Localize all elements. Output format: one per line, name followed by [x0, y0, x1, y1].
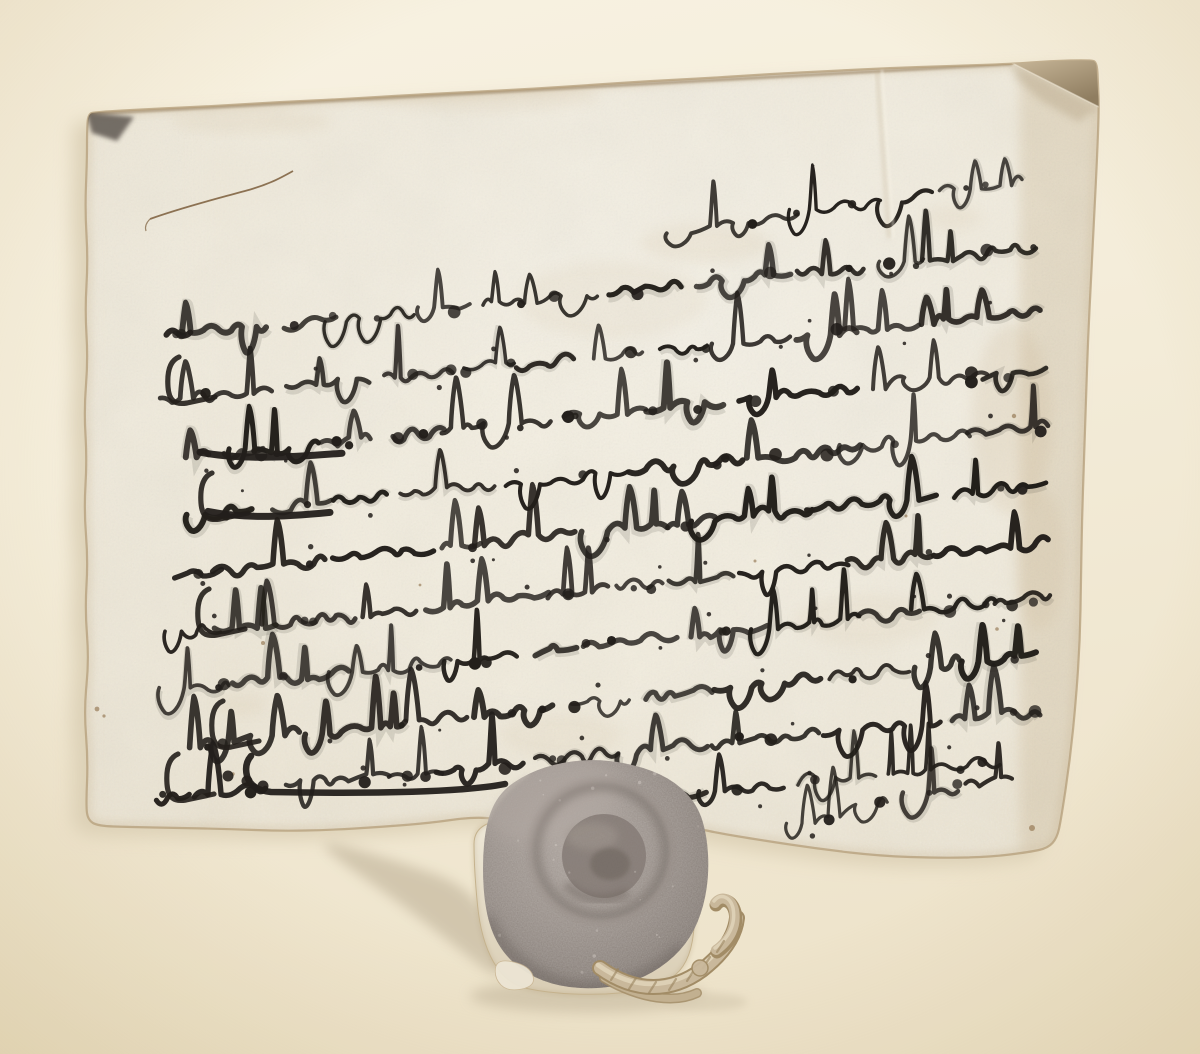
ink-blob — [793, 210, 800, 217]
diacritic-dot — [810, 833, 815, 838]
ink-blob — [499, 762, 512, 775]
ink-blob — [625, 346, 637, 358]
diacritic-dot — [808, 319, 812, 323]
seal-speckle — [656, 934, 658, 936]
ink-blob — [982, 601, 990, 609]
ink-blob — [468, 543, 477, 552]
ink-blob — [564, 591, 572, 599]
ink-blob — [607, 636, 616, 645]
seal-speckle — [552, 859, 554, 861]
ink-blob — [693, 405, 702, 414]
ink-blob — [1029, 598, 1038, 607]
diacritic-dot — [514, 468, 519, 473]
diacritic-dot — [926, 653, 931, 658]
ink-blob — [848, 200, 856, 208]
diacritic-dot — [659, 646, 663, 650]
diacritic-dot — [437, 385, 442, 390]
ink-blob — [824, 814, 835, 825]
ink-blob — [420, 771, 431, 782]
seal-speckle — [517, 840, 519, 842]
diacritic-dot — [580, 736, 585, 741]
ink-blob — [1035, 426, 1047, 438]
diacritic-dot — [807, 771, 812, 776]
ink-blob — [926, 549, 933, 556]
seal-speckle — [658, 936, 660, 938]
diacritic-dot — [525, 585, 530, 590]
diacritic-dot — [807, 554, 810, 557]
freckle — [419, 584, 422, 587]
ink-blob — [731, 784, 742, 795]
diacritic-dot — [438, 729, 441, 732]
diacritic-dot — [327, 739, 332, 744]
ink-blob — [506, 358, 515, 367]
seal-speckle — [498, 934, 501, 937]
ink-blob — [1006, 600, 1018, 612]
ink-blob — [309, 617, 317, 625]
ink-blob — [258, 781, 269, 792]
ink-blob — [215, 684, 222, 691]
diacritic-dot — [241, 489, 244, 492]
diacritic-dot — [314, 367, 318, 371]
ink-blob — [568, 701, 580, 713]
ink-blob — [279, 672, 288, 681]
diacritic-dot — [212, 614, 217, 619]
ink-blob — [460, 367, 471, 378]
ink-blob — [721, 454, 730, 463]
seal-speckle — [581, 971, 584, 974]
freckle — [1029, 825, 1035, 831]
diacritic-dot — [988, 301, 992, 305]
freckle — [102, 714, 105, 717]
ink-blob — [159, 791, 166, 798]
ink-blob — [374, 315, 380, 321]
ink-blob — [176, 329, 186, 339]
ink-blob — [646, 584, 656, 594]
ink-blob — [943, 605, 956, 618]
ink-blob — [764, 267, 777, 280]
diacritic-dot — [595, 683, 600, 688]
ink-blob — [445, 364, 456, 375]
ink-blob — [548, 290, 559, 301]
ink-bleed — [536, 647, 577, 657]
ink-blob — [631, 585, 637, 591]
diacritic-dot — [604, 537, 610, 543]
diacritic-dot — [974, 705, 979, 710]
ink-blob — [883, 257, 895, 269]
ink-blob — [977, 757, 987, 767]
seal-speckle — [596, 929, 599, 932]
diacritic-dot — [403, 783, 407, 787]
ink-blob — [481, 657, 492, 668]
freckle — [995, 627, 999, 631]
ink-blob — [1030, 244, 1036, 250]
ink-blob — [476, 419, 487, 430]
manuscript-photo — [0, 0, 1200, 1054]
ink-blob — [223, 771, 234, 782]
ink-blob — [680, 521, 690, 531]
ink-blob — [517, 300, 525, 308]
diacritic-dot — [308, 544, 313, 549]
diacritic-dot — [760, 668, 764, 672]
ink-blob — [306, 560, 314, 568]
diacritic-dot — [758, 804, 762, 808]
ink-blob — [913, 263, 919, 269]
diacritic-dot — [491, 346, 496, 351]
diacritic-dot — [889, 272, 893, 276]
ink-blob — [747, 219, 757, 229]
ink-blob — [419, 429, 429, 439]
seal-speckle — [555, 844, 557, 846]
seal-speckle — [605, 774, 607, 776]
ink-blob — [997, 485, 1004, 492]
ink-blob — [416, 664, 423, 671]
ink-blob — [828, 386, 839, 397]
ink-blob — [810, 775, 820, 785]
photo-stage — [0, 0, 1200, 1054]
diacritic-dot — [703, 561, 707, 565]
ink-blob — [719, 628, 727, 636]
ink-blob — [193, 569, 203, 579]
ink-blob — [539, 706, 547, 714]
seal-speckle — [559, 799, 562, 802]
ink-blob — [735, 732, 744, 741]
ink-blob — [290, 321, 299, 330]
ink-blob — [469, 657, 481, 669]
ink-blob — [1017, 485, 1027, 495]
ink-blob — [769, 448, 782, 461]
ink-blob — [926, 790, 932, 796]
diacritic-dot — [779, 345, 783, 349]
ink-blob — [331, 436, 341, 446]
seal-speckle — [672, 885, 674, 887]
seal-speckle — [634, 871, 636, 873]
ink-blob — [549, 755, 556, 762]
seal-speckle — [543, 794, 545, 796]
ink-blob — [980, 244, 993, 257]
diacritic-dot — [791, 722, 795, 726]
ink-blob — [508, 709, 517, 718]
ink-blob — [402, 771, 413, 782]
ink-blob — [582, 639, 591, 648]
diacritic-dot — [913, 595, 916, 598]
ink-blob — [845, 265, 852, 272]
seal-speckle — [697, 825, 699, 827]
ink-blob — [407, 369, 418, 380]
diacritic-dot — [693, 358, 698, 363]
diacritic-dot — [470, 558, 475, 563]
diacritic-dot — [665, 756, 670, 761]
ink-blob — [765, 733, 778, 746]
ink-blob — [304, 501, 311, 508]
ink-blob — [1003, 373, 1013, 383]
ink-blob — [329, 312, 337, 320]
stain — [1014, 490, 1066, 630]
ink-blob — [750, 395, 762, 407]
diacritic-dot — [903, 342, 907, 346]
diacritic-dot — [947, 594, 952, 599]
diacritic-dot — [200, 581, 205, 586]
diacritic-dot — [492, 558, 495, 561]
ink-blob — [1029, 705, 1042, 718]
diacritic-dot — [368, 513, 373, 518]
diacritic-dot — [988, 414, 993, 419]
seal-speckle — [638, 781, 641, 784]
freckle — [754, 560, 757, 563]
ink-blob — [242, 776, 253, 787]
ink-blob — [1010, 708, 1018, 716]
cord-knot — [692, 960, 708, 976]
seal-speckle — [568, 871, 570, 873]
ink-blob — [874, 797, 885, 808]
diacritic-dot — [361, 765, 366, 770]
ink-blob — [891, 440, 899, 448]
seal-speckle — [591, 786, 594, 789]
seal-speckle — [539, 779, 541, 781]
ink-blob — [713, 461, 722, 470]
freckle — [95, 707, 100, 712]
ink-blob — [820, 448, 833, 461]
ink-blob — [956, 766, 964, 774]
seal-speckle — [639, 899, 641, 901]
stain — [170, 109, 330, 133]
diacritic-dot — [658, 565, 662, 569]
diacritic-dot — [504, 435, 508, 439]
ink-blob — [301, 617, 309, 625]
ink-blob — [831, 323, 844, 336]
freckle — [1012, 414, 1016, 418]
ink-blob — [572, 413, 579, 420]
ink-blob — [648, 406, 657, 415]
ink-blob — [448, 306, 461, 319]
ink-blob — [848, 675, 856, 683]
ink-blob — [965, 366, 978, 379]
ink-blob — [963, 185, 969, 191]
diacritic-dot — [707, 612, 712, 617]
ink-blob — [517, 425, 524, 432]
ink-bleed — [334, 493, 387, 504]
ink-blob — [982, 181, 988, 187]
ink-blob — [345, 441, 353, 449]
ink-blob — [578, 470, 587, 479]
ink-blob — [952, 779, 962, 789]
ink-blob — [631, 288, 643, 300]
diacritic-dot — [814, 607, 818, 611]
stain — [214, 694, 266, 716]
diacritic-dot — [1002, 619, 1005, 622]
seal-speckle — [593, 954, 596, 957]
ink-blob — [1010, 655, 1018, 663]
ink-blob — [359, 776, 371, 788]
diacritic-dot — [710, 268, 715, 273]
ink-blob — [392, 432, 404, 444]
diacritic-dot — [947, 745, 951, 749]
ink-blob — [398, 722, 404, 728]
ink-blob — [702, 345, 711, 354]
